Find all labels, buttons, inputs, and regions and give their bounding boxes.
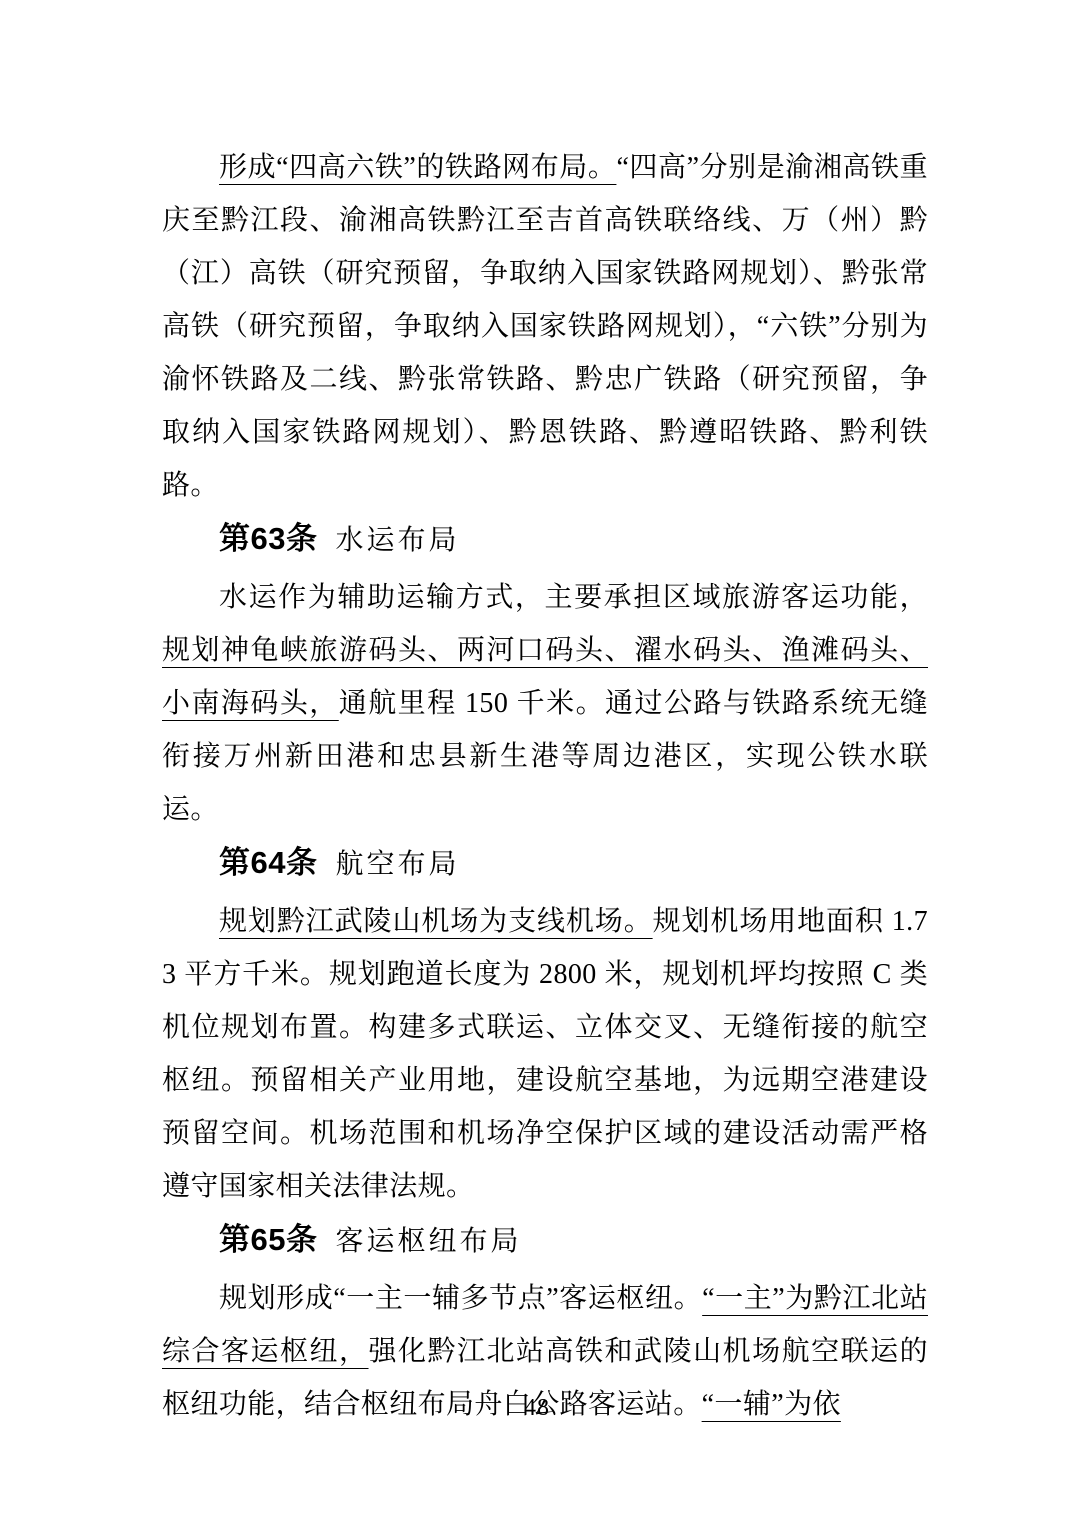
paragraph-railway-continuation: 形成“四高六铁”的铁路网布局。“四高”分别是渝湘高铁重庆至黔江段、渝湘高铁黔江至… xyxy=(162,141,928,512)
document-page: 形成“四高六铁”的铁路网布局。“四高”分别是渝湘高铁重庆至黔江段、渝湘高铁黔江至… xyxy=(0,0,1074,1520)
underlined-run-airport: 规划黔江武陵山机场为支线机场。 xyxy=(219,906,653,937)
article-63-title: 水运布局 xyxy=(335,525,459,556)
body-run-water-intro: 水运作为辅助运输方式，主要承担区域旅游客运功能， xyxy=(219,582,928,613)
paragraph-aviation: 规划黔江武陵山机场为支线机场。规划机场用地面积 1.73 平方千米。规划跑道长度… xyxy=(162,895,928,1213)
article-64-number: 第64条 xyxy=(219,845,317,880)
article-65-heading: 第65条客运枢纽布局 xyxy=(162,1213,928,1272)
body-run-hub-intro: 规划形成“一主一辅多节点”客运枢纽。 xyxy=(219,1283,702,1314)
article-65-title: 客运枢纽布局 xyxy=(335,1226,521,1257)
paragraph-water-transport: 水运作为辅助运输方式，主要承担区域旅游客运功能，规划神龟峡旅游码头、两河口码头、… xyxy=(162,571,928,836)
article-65-number: 第65条 xyxy=(219,1222,317,1257)
article-63-heading: 第63条水运布局 xyxy=(162,512,928,571)
body-run-railway-lines: “四高”分别是渝湘高铁重庆至黔江段、渝湘高铁黔江至吉首高铁联络线、万（州）黔（江… xyxy=(162,152,928,501)
body-run-aviation-rest: 规划机场用地面积 1.73 平方千米。规划跑道长度为 2800 米，规划机坪均按… xyxy=(162,906,928,1202)
article-64-heading: 第64条航空布局 xyxy=(162,836,928,895)
article-63-number: 第63条 xyxy=(219,521,317,556)
article-64-title: 航空布局 xyxy=(335,849,459,880)
page-number: 48 xyxy=(0,1393,1074,1423)
underlined-run-railway-network: 形成“四高六铁”的铁路网布局。 xyxy=(219,152,616,183)
